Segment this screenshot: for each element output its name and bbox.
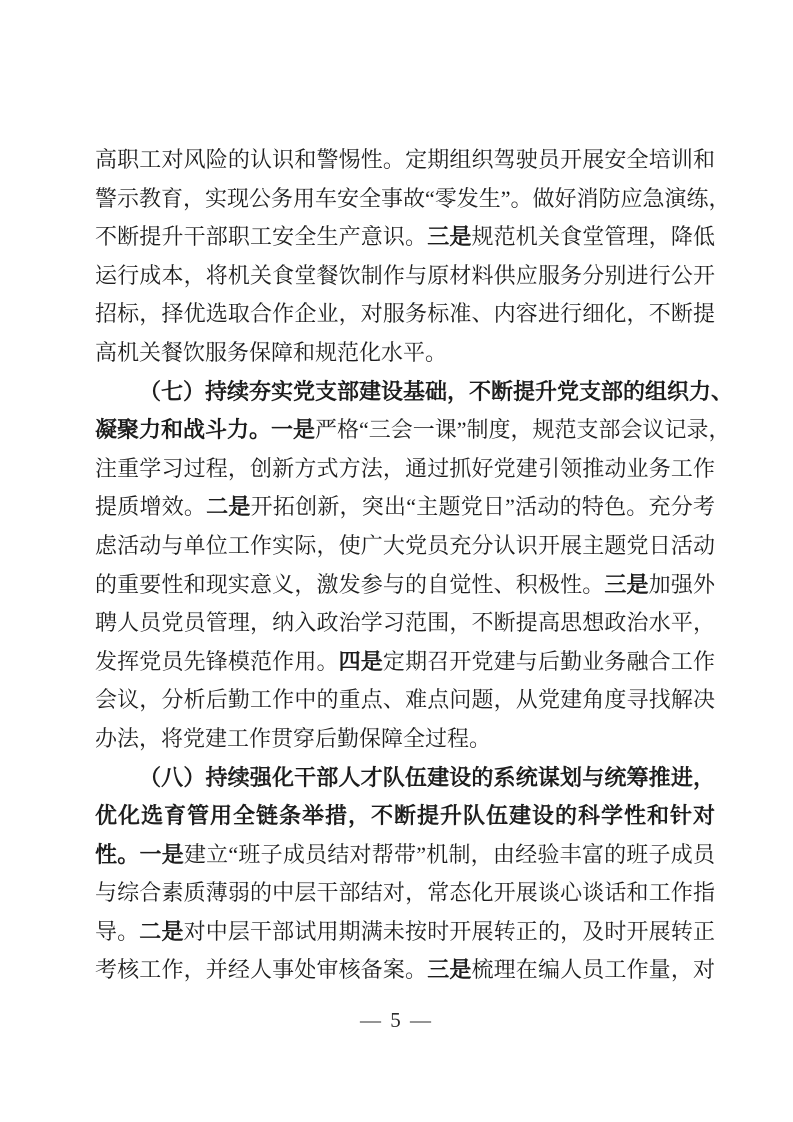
text-line: 的重要性和现实意义，激发参与的自觉性、积极性。三是加强外	[95, 566, 715, 605]
text-segment: 性。	[95, 842, 139, 867]
text-line: 招标，择优选取合作企业，对服务标准、内容进行细化，不断提	[95, 295, 715, 334]
text-segment: 定期召开党建与后勤业务融合工作	[383, 649, 715, 674]
text-segment: 高机关餐饮服务保障和规范化水平。	[95, 340, 447, 365]
text-line: 高机关餐饮服务保障和规范化水平。	[95, 334, 715, 373]
text-segment: （七）持续夯实党支部建设基础，不断提升党支部的组织力、	[139, 379, 733, 404]
text-segment: 警示教育，实现公务用车安全事故“零发生”。做好消防应急演练，	[95, 186, 731, 211]
text-line: 与综合素质薄弱的中层干部结对，常态化开展谈心谈话和工作指	[95, 874, 715, 913]
text-segment: 梳理在编人员工作量，对	[472, 957, 715, 982]
document-body: 高职工对风险的认识和警惕性。定期组织驾驶员开展安全培训和警示教育，实现公务用车安…	[95, 141, 715, 990]
text-segment: 提质增效。	[95, 494, 206, 519]
text-segment: 优化选育管用全链条举措，不断提升队伍建设的科学性和针对	[95, 803, 715, 828]
text-segment: 聘人员党员管理，纳入政治学习范围，不断提高思想政治水平，	[95, 610, 715, 635]
text-segment: 招标，择优选取合作企业，对服务标准、内容进行细化，不断提	[95, 301, 715, 326]
text-segment: 考核工作，并经人事处审核备案。	[95, 957, 427, 982]
text-segment: 开拓创新，突出“主题党日”活动的特色。充分考	[251, 494, 715, 519]
text-segment: 建立“班子成员结对帮带”机制，由经验丰富的班子成员	[184, 842, 715, 867]
text-segment: 规范机关食堂管理，降低	[472, 224, 715, 249]
text-line: 运行成本，将机关食堂餐饮制作与原材料供应服务分别进行公开	[95, 257, 715, 296]
text-segment: 会议，分析后勤工作中的重点、难点问题，从党建角度寻找解决	[95, 687, 715, 712]
text-line: 提质增效。二是开拓创新，突出“主题党日”活动的特色。充分考	[95, 488, 715, 527]
text-line: 虑活动与单位工作实际，使广大党员充分认识开展主题党日活动	[95, 527, 715, 566]
text-line: 办法，将党建工作贯穿后勤保障全过程。	[95, 720, 715, 759]
text-segment: （八）持续强化干部人才队伍建设的系统谋划与统筹推进，	[139, 765, 715, 790]
text-segment: 二是	[206, 494, 250, 519]
text-line: 考核工作，并经人事处审核备案。三是梳理在编人员工作量，对	[95, 951, 715, 990]
document-page: 高职工对风险的认识和警惕性。定期组织驾驶员开展安全培训和警示教育，实现公务用车安…	[0, 0, 793, 1122]
text-line: （七）持续夯实党支部建设基础，不断提升党支部的组织力、	[95, 373, 715, 412]
text-segment: 三是	[604, 572, 648, 597]
text-line: 注重学习过程，创新方式方法，通过抓好党建引领推动业务工作	[95, 450, 715, 489]
text-line: 会议，分析后勤工作中的重点、难点问题，从党建角度寻找解决	[95, 681, 715, 720]
text-segment: 办法，将党建工作贯穿后勤保障全过程。	[95, 726, 491, 751]
text-segment: 虑活动与单位工作实际，使广大党员充分认识开展主题党日活动	[95, 533, 715, 558]
text-segment: 四是	[339, 649, 383, 674]
text-line: 优化选育管用全链条举措，不断提升队伍建设的科学性和针对	[95, 797, 715, 836]
text-segment: 运行成本，将机关食堂餐饮制作与原材料供应服务分别进行公开	[95, 263, 715, 288]
text-segment: 导。	[95, 919, 139, 944]
text-line: 凝聚力和战斗力。一是严格“三会一课”制度，规范支部会议记录，	[95, 411, 715, 450]
text-line: 导。二是对中层干部试用期满未按时开展转正的，及时开展转正	[95, 913, 715, 952]
text-segment: 与综合素质薄弱的中层干部结对，常态化开展谈心谈话和工作指	[95, 880, 715, 905]
text-segment: 三是	[427, 957, 471, 982]
text-line: 不断提升干部职工安全生产意识。三是规范机关食堂管理，降低	[95, 218, 715, 257]
text-segment: 不断提升干部职工安全生产意识。	[95, 224, 427, 249]
text-line: 性。一是建立“班子成员结对帮带”机制，由经验丰富的班子成员	[95, 836, 715, 875]
text-line: 高职工对风险的认识和警惕性。定期组织驾驶员开展安全培训和	[95, 141, 715, 180]
text-segment: 注重学习过程，创新方式方法，通过抓好党建引领推动业务工作	[95, 456, 715, 481]
page-number: — 5 —	[0, 1008, 793, 1033]
text-segment: 发挥党员先锋模范作用。	[95, 649, 339, 674]
text-line: 聘人员党员管理，纳入政治学习范围，不断提高思想政治水平，	[95, 604, 715, 643]
text-segment: 二是	[139, 919, 183, 944]
text-line: （八）持续强化干部人才队伍建设的系统谋划与统筹推进，	[95, 759, 715, 798]
text-segment: 一是	[139, 842, 183, 867]
text-line: 警示教育，实现公务用车安全事故“零发生”。做好消防应急演练，	[95, 180, 715, 219]
text-line: 发挥党员先锋模范作用。四是定期召开党建与后勤业务融合工作	[95, 643, 715, 682]
text-segment: 三是	[427, 224, 471, 249]
text-segment: 凝聚力和战斗力。	[95, 417, 271, 442]
text-segment: 高职工对风险的认识和警惕性。定期组织驾驶员开展安全培训和	[95, 147, 715, 172]
text-segment: 的重要性和现实意义，激发参与的自觉性、积极性。	[95, 572, 604, 597]
text-segment: 加强外	[649, 572, 715, 597]
text-segment: 一是	[271, 417, 315, 442]
text-segment: 对中层干部试用期满未按时开展转正的，及时开展转正	[184, 919, 715, 944]
text-segment: 严格“三会一课”制度，规范支部会议记录，	[315, 417, 731, 442]
